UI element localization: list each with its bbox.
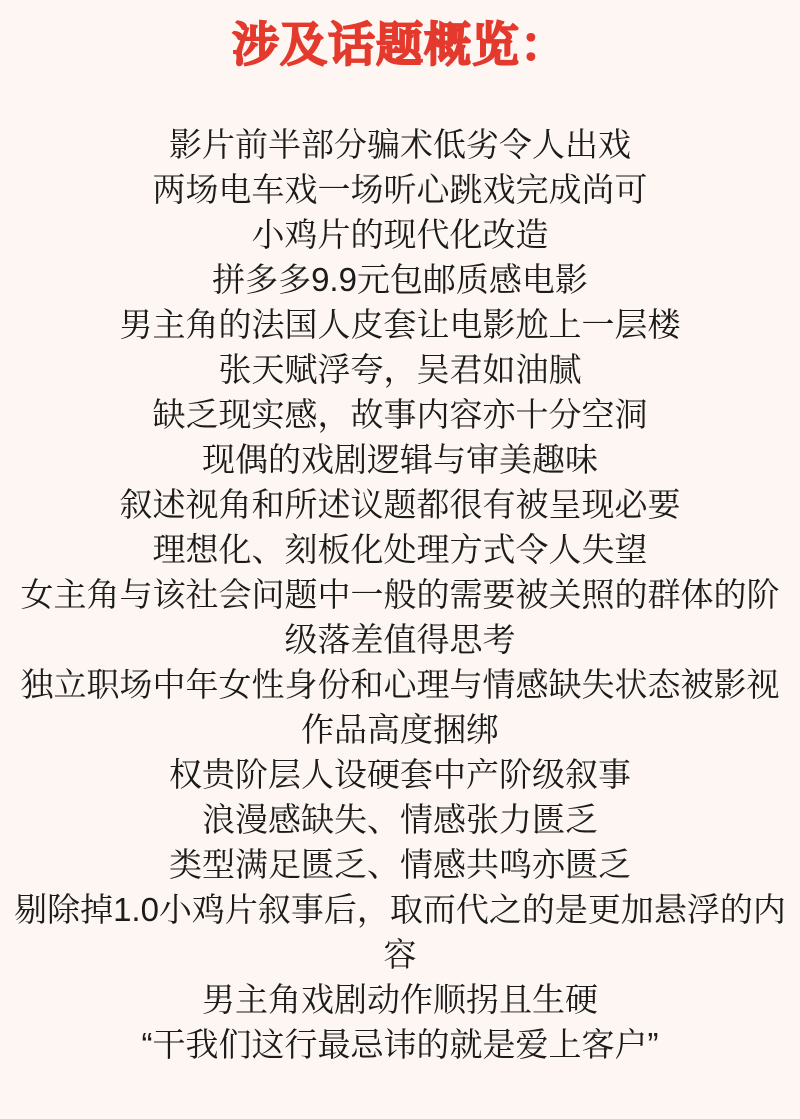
topic-line: 权贵阶层人设硬套中产阶级叙事 xyxy=(6,752,794,797)
page: 涉及话题概览： 影片前半部分骗术低劣令人出戏两场电车戏一场听心跳戏完成尚可小鸡片… xyxy=(0,0,800,1119)
topic-line: 小鸡片的现代化改造 xyxy=(6,212,794,257)
topic-line: “干我们这行最忌讳的就是爱上客户” xyxy=(6,1022,794,1067)
topic-list: 影片前半部分骗术低劣令人出戏两场电车戏一场听心跳戏完成尚可小鸡片的现代化改造拼多… xyxy=(0,122,800,1067)
topic-line: 独立职场中年女性身份和心理与情感缺失状态被影视作品高度捆绑 xyxy=(6,662,794,752)
topic-line: 剔除掉1.0小鸡片叙事后，取而代之的是更加悬浮的内容 xyxy=(6,887,794,977)
topic-line: 两场电车戏一场听心跳戏完成尚可 xyxy=(6,167,794,212)
topic-line: 男主角的法国人皮套让电影尬上一层楼 xyxy=(6,302,794,347)
topic-line: 女主角与该社会问题中一般的需要被关照的群体的阶级落差值得思考 xyxy=(6,572,794,662)
topic-line: 张天赋浮夸，吴君如油腻 xyxy=(6,347,794,392)
topic-line: 缺乏现实感，故事内容亦十分空洞 xyxy=(6,392,794,437)
topic-line: 理想化、刻板化处理方式令人失望 xyxy=(6,527,794,572)
topic-line: 叙述视角和所述议题都很有被呈现必要 xyxy=(6,482,794,527)
topic-line: 男主角戏剧动作顺拐且生硬 xyxy=(6,977,794,1022)
topic-line: 影片前半部分骗术低劣令人出戏 xyxy=(6,122,794,167)
topic-line: 拼多多9.9元包邮质感电影 xyxy=(6,257,794,302)
topic-line: 浪漫感缺失、情感张力匮乏 xyxy=(6,797,794,842)
topic-line: 现偶的戏剧逻辑与审美趣味 xyxy=(6,437,794,482)
topic-line: 类型满足匮乏、情感共鸣亦匮乏 xyxy=(6,842,794,887)
page-title: 涉及话题概览： xyxy=(0,16,800,76)
